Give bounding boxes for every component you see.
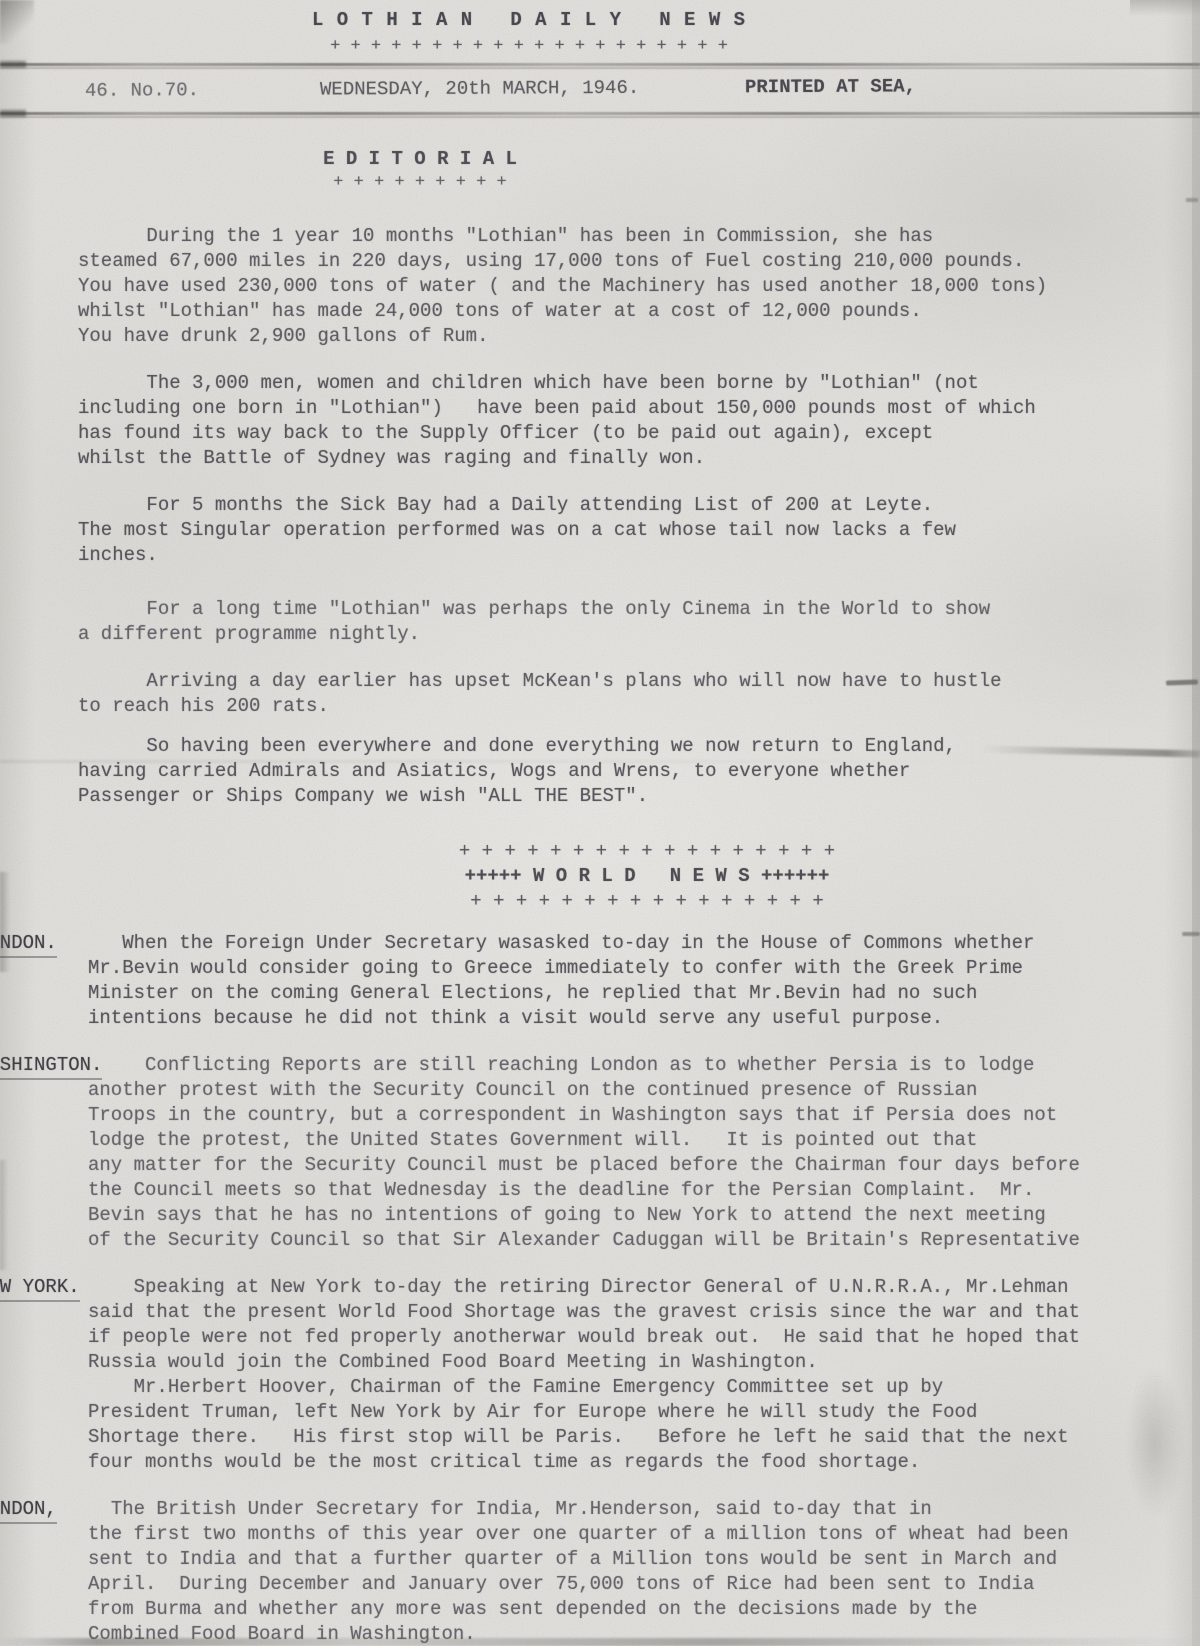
dateline-london: LONDON. [0, 931, 57, 958]
issue-date: WEDNESDAY, 20th MARCH, 1946. [320, 76, 639, 103]
dateline-london-2: LONDON, [0, 1497, 57, 1524]
world-news-heading: +++++ W O R L D N E W S ++++++ [402, 864, 892, 889]
dateline-washington: WASHINGTON. [0, 1053, 102, 1080]
scanned-newspaper-page: L O T H I A N D A I L Y N E W S + + + + … [0, 0, 1200, 1646]
editorial-paragraph-commission-stats: During the 1 year 10 months "Lothian" ha… [78, 224, 1170, 349]
newspaper-title: L O T H I A N D A I L Y N E W S [0, 7, 1058, 33]
news-text: Speaking at New York to-day the retiring… [88, 1275, 1190, 1475]
masthead-rule-top [0, 63, 1200, 66]
editorial-heading: E D I T O R I A L [0, 147, 840, 171]
world-news-crosses-top: + + + + + + + + + + + + + + + + + [402, 839, 892, 864]
news-item-washington-persia: WASHINGTON. Conflicting Reports are stil… [88, 1053, 1190, 1253]
news-text: The British Under Secretary for India, M… [88, 1497, 1190, 1646]
masthead: L O T H I A N D A I L Y N E W S + + + + … [0, 0, 1200, 115]
news-text: Conflicting Reports are still reaching L… [88, 1053, 1190, 1253]
masthead-cross-divider: + + + + + + + + + + + + + + + + + + + + [0, 37, 1058, 57]
news-item-london-india: LONDON, The British Under Secretary for … [88, 1497, 1190, 1646]
news-list: LONDON. When the Foreign Under Secretary… [0, 931, 1200, 1646]
editorial-paragraph-farewell: So having been everywhere and done every… [78, 734, 1170, 809]
world-news-section: + + + + + + + + + + + + + + + + + +++++ … [0, 839, 1200, 1646]
world-news-heading-block: + + + + + + + + + + + + + + + + + +++++ … [402, 839, 892, 914]
editorial-paragraph-cinema: For a long time "Lothian" was perhaps th… [78, 597, 1170, 647]
masthead-rule-bottom [0, 112, 1200, 115]
editorial-section: E D I T O R I A L + + + + + + + + + Duri… [0, 147, 1200, 809]
issue-row: 46. No.70. WEDNESDAY, 20th MARCH, 1946. … [0, 73, 1200, 109]
news-text: When the Foreign Under Secretary wasaske… [88, 931, 1190, 1031]
issue-number: 46. No.70. [85, 78, 199, 104]
editorial-paragraph-sick-bay: For 5 months the Sick Bay had a Daily at… [78, 493, 1170, 568]
news-item-new-york-food: NEW YORK. Speaking at New York to-day th… [88, 1275, 1190, 1475]
editorial-cross-divider: + + + + + + + + + [0, 172, 840, 194]
editorial-paragraph-mckean: Arriving a day earlier has upset McKean'… [78, 669, 1170, 719]
world-news-crosses-bottom: + + + + + + + + + + + + + + + + [402, 889, 892, 914]
news-item-london-greece: LONDON. When the Foreign Under Secretary… [88, 931, 1190, 1031]
editorial-paragraph-passengers-pay: The 3,000 men, women and children which … [78, 371, 1170, 471]
printed-at-sea-label: PRINTED AT SEA, [745, 74, 916, 100]
dateline-new-york: NEW YORK. [0, 1275, 80, 1302]
